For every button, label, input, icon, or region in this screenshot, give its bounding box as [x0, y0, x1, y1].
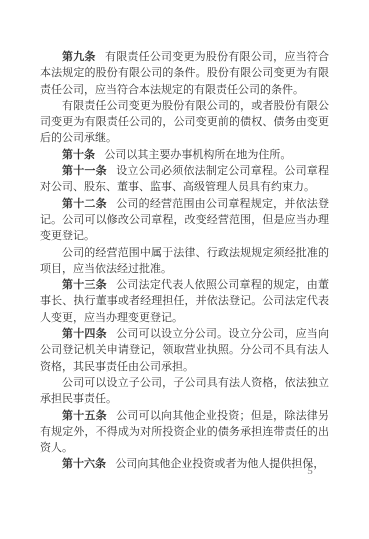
article-number-label: 第十五条	[62, 410, 107, 422]
article-12-paragraph-1: 第十二条公司的经营范围由公司章程规定，并依法登记。公司可以修改公司章程，改变经营…	[40, 196, 329, 245]
legal-text-block: 第九条有限责任公司变更为股份有限公司，应当符合本法规定的股份有限公司的条件。股份…	[40, 49, 329, 473]
article-14-paragraph-1: 第十四条公司可以设立分公司。设立分公司，应当向公司登记机关申请登记，领取营业执照…	[40, 326, 329, 375]
article-text: 公司可以设立子公司，子公司具有法人资格，依法独立承担民事责任。	[40, 377, 329, 405]
article-13-paragraph: 第十三条公司法定代表人依照公司章程的规定，由董事长、执行董事或者经理担任，并依法…	[40, 277, 329, 326]
article-number-label: 第十二条	[62, 198, 107, 210]
article-number-label: 第十六条	[62, 458, 106, 470]
article-text: 公司向其他企业投资或者为他人提供担保，	[115, 458, 324, 470]
article-11-paragraph: 第十一条设立公司必须依法制定公司章程。公司章程对公司、股东、董事、监事、高级管理…	[40, 163, 329, 196]
article-9-paragraph-1: 第九条有限责任公司变更为股份有限公司，应当符合本法规定的股份有限公司的条件。股份…	[40, 49, 329, 98]
article-text: 公司以其主要办事机构所在地为住所。	[104, 149, 291, 161]
article-10-paragraph: 第十条公司以其主要办事机构所在地为住所。	[40, 147, 329, 163]
article-number-label: 第十四条	[62, 328, 107, 340]
article-number-label: 第九条	[62, 51, 96, 63]
article-number-label: 第十一条	[62, 165, 107, 177]
article-number-label: 第十条	[62, 149, 95, 161]
article-number-label: 第十三条	[62, 279, 107, 291]
article-15-paragraph: 第十五条公司可以向其他企业投资；但是，除法律另有规定外，不得成为对所投资企业的债…	[40, 408, 329, 457]
article-text: 公司的经营范围中属于法律、行政法规规定须经批准的项目，应当依法经过批准。	[40, 247, 329, 275]
page-number: 5	[303, 464, 317, 478]
article-12-paragraph-2: 公司的经营范围中属于法律、行政法规规定须经批准的项目，应当依法经过批准。	[40, 245, 329, 278]
article-14-paragraph-2: 公司可以设立子公司，子公司具有法人资格，依法独立承担民事责任。	[40, 375, 329, 408]
document-page: 第九条有限责任公司变更为股份有限公司，应当符合本法规定的股份有限公司的条件。股份…	[0, 0, 369, 539]
article-text: 有限责任公司变更为股份有限公司的，或者股份有限公司变更为有限责任公司的，公司变更…	[40, 100, 329, 145]
article-9-paragraph-2: 有限责任公司变更为股份有限公司的，或者股份有限公司变更为有限责任公司的，公司变更…	[40, 98, 329, 147]
article-16-paragraph: 第十六条公司向其他企业投资或者为他人提供担保，	[40, 456, 329, 472]
